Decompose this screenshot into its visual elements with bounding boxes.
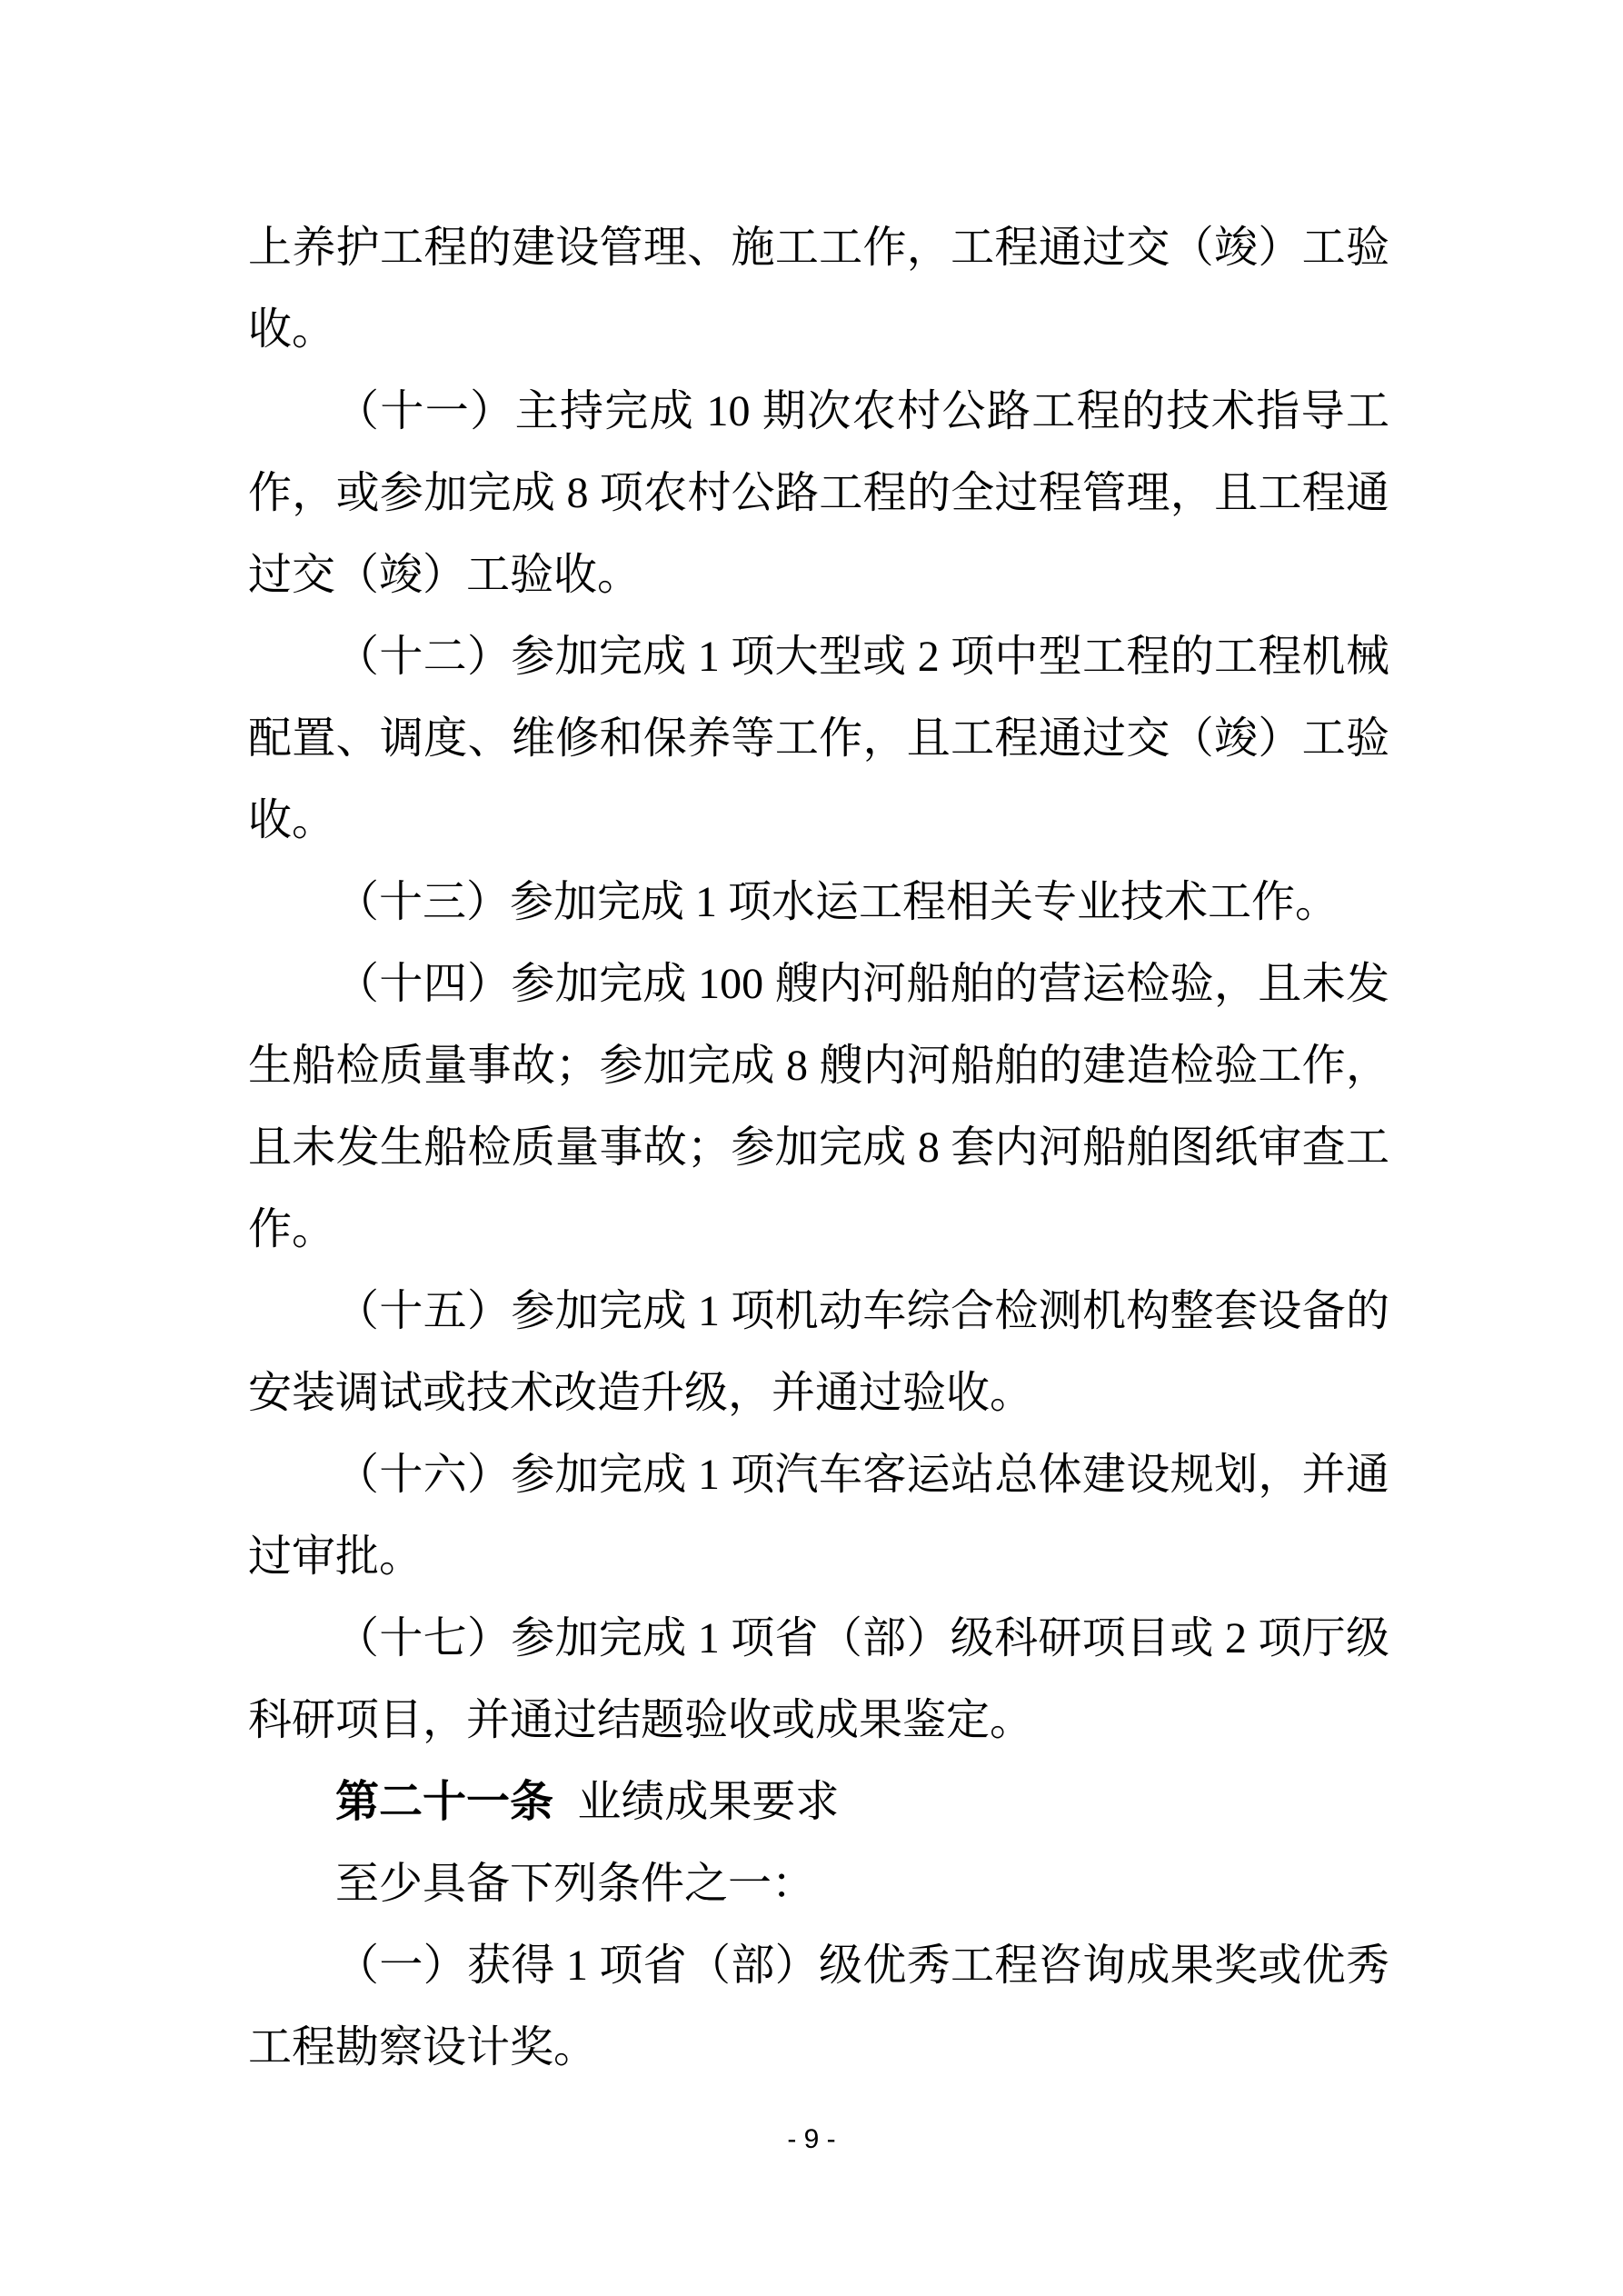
paragraph-article-21-intro: 至少具备下列条件之一： xyxy=(248,1843,1389,1925)
paragraph-item-17: （十七）参加完成 1 项省（部）级科研项目或 2 项厅级科研项目，并通过结题验收… xyxy=(248,1598,1389,1762)
paragraph-condition-1: （一）获得 1 项省（部）级优秀工程咨询成果奖或优秀工程勘察设计奖。 xyxy=(248,1925,1389,2089)
paragraph-carryover: 上养护工程的建设管理、施工工作，工程通过交（竣）工验收。 xyxy=(248,207,1389,371)
page-number: - 9 - xyxy=(0,2123,1623,2156)
paragraph-item-13: （十三）参加完成 1 项水运工程相关专业技术工作。 xyxy=(248,862,1389,943)
paragraph-item-12: （十二）参加完成 1 项大型或 2 项中型工程的工程机械配置、调度、维修和保养等… xyxy=(248,616,1389,862)
article-21-title: 业绩成果要求 xyxy=(577,1778,839,1826)
article-21-heading: 第二十一条业绩成果要求 xyxy=(248,1762,1389,1843)
paragraph-item-11: （十一）主持完成 10 期次农村公路工程的技术指导工作，或参加完成 8 项农村公… xyxy=(248,371,1389,616)
article-21-number: 第二十一条 xyxy=(335,1778,553,1826)
paragraph-item-15: （十五）参加完成 1 项机动车综合检测机构整套设备的安装调试或技术改造升级，并通… xyxy=(248,1271,1389,1434)
paragraph-item-14: （十四）参加完成 100 艘内河船舶的营运检验，且未发生船检质量事故；参加完成 … xyxy=(248,943,1389,1271)
paragraph-item-16: （十六）参加完成 1 项汽车客运站总体建设规划，并通过审批。 xyxy=(248,1434,1389,1598)
document-body: 上养护工程的建设管理、施工工作，工程通过交（竣）工验收。 （十一）主持完成 10… xyxy=(248,207,1389,2089)
document-page: 上养护工程的建设管理、施工工作，工程通过交（竣）工验收。 （十一）主持完成 10… xyxy=(0,0,1623,2296)
